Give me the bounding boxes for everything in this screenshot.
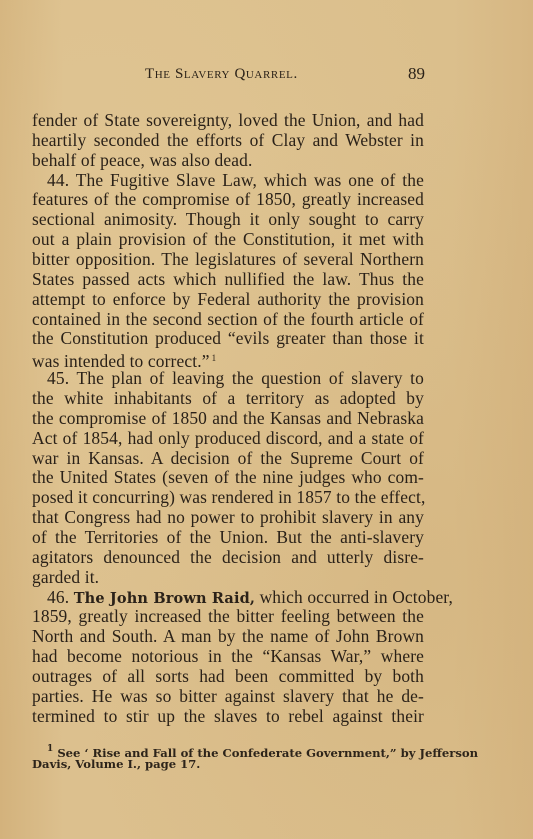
footnote-marker: 1 [47,744,53,754]
section-number: 46. [47,587,69,607]
text-line: North and South. A man by the name of Jo… [32,627,424,647]
text-line: outrages of all sorts had been committed… [32,667,424,687]
text-line: the Constitution produced “evils greater… [32,329,424,349]
running-head: The Slavery Quarrel. 89 [145,66,435,86]
text-line: had become notorious in the “Kansas War,… [32,647,424,667]
paragraph-46-start: 46. The John Brown Raid, which occurred … [32,588,424,608]
paragraph-44-start: 44. The Fugitive Slave Law, which was on… [32,171,424,191]
text-line: garded it. [32,568,424,588]
book-page: The Slavery Quarrel. 89 fender of State … [0,0,533,839]
text-line: bitter opposition. The legislatures of s… [32,250,424,270]
text-line: posed it concurring) was rendered in 185… [32,488,424,508]
text-line: the compromise of 1850 and the Kansas an… [32,409,424,429]
text-line: the white inhabitants of a territory as … [32,389,424,409]
text-line: that Congress had no power to prohibit s… [32,508,424,528]
text-line: 1859, greatly increased the bitter feeli… [32,607,424,627]
text-line-with-footnote: was intended to correct.”1 [32,349,424,369]
text-line: attempt to enforce by Federal authority … [32,290,424,310]
paragraph-45-start: 45. The plan of leaving the question of … [32,369,424,389]
section-heading: The John Brown Raid, [74,590,255,607]
text-line: fender of State sovereignty, loved the U… [32,111,424,131]
text-line: termined to stir up the slaves to rebel … [32,707,424,727]
text-line: war in Kansas. A decision of the Supreme… [32,449,424,469]
page-number: 89 [408,64,425,84]
body-text: fender of State sovereignty, loved the U… [32,111,424,727]
text-line: agitators denounced the decision and utt… [32,548,424,568]
footnote-marker[interactable]: 1 [212,353,217,363]
text-line: behalf of peace, was also dead. [32,151,424,171]
text-line: features of the compromise of 1850, grea… [32,190,424,210]
text-span: which occurred in October, [260,587,453,607]
text-line: the United States (seven of the nine jud… [32,468,424,488]
footnote-line: 1 See ‘ Rise and Fall of the Confederate… [32,742,424,757]
text-line: parties. He was so bitter against slaver… [32,687,424,707]
text-line: of the Territories of the Union. But the… [32,528,424,548]
footnote: 1 See ‘ Rise and Fall of the Confederate… [32,742,424,772]
text-line: sectional animosity. Though it only soug… [32,210,424,230]
text-line: Act of 1854, had only produced discord, … [32,429,424,449]
text-line: heartily seconded the efforts of Clay an… [32,131,424,151]
running-title: The Slavery Quarrel. [145,66,298,83]
text-line: contained in the second section of the f… [32,310,424,330]
text-line: out a plain provision of the Constitutio… [32,230,424,250]
text-line: States passed acts which nullified the l… [32,270,424,290]
